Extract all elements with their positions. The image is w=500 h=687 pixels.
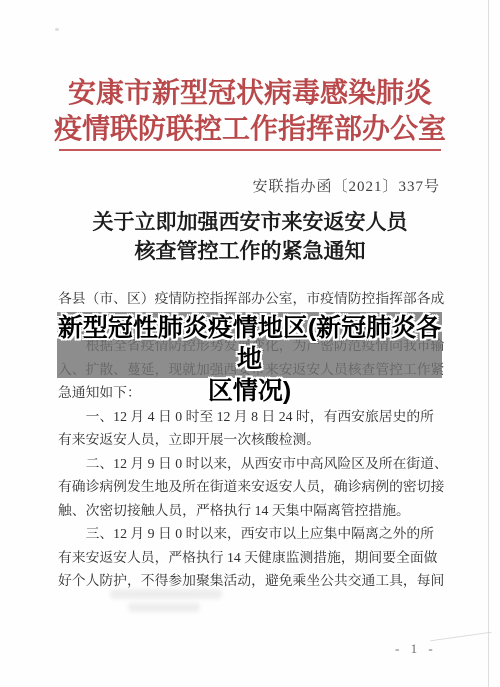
scan-page-edge	[488, 0, 489, 687]
scan-wrinkle-artifact	[430, 632, 492, 642]
body-line: 各县（市、区）疫情防控指挥部办公室，市疫情防控指挥部各成	[58, 287, 444, 311]
agency-letterhead-line2: 疫情联防联控工作指挥部办公室	[0, 112, 500, 148]
agency-letterhead-line1: 安康市新型冠状病毒感染肺炎	[0, 76, 500, 112]
caption-line1: 新型冠性肺炎疫情地区(新冠肺炎各地	[57, 313, 442, 375]
body-line: 一、12 月 4 日 0 时至 12 月 8 日 24 时，有西安旅居史的所	[58, 405, 444, 429]
body-line: 触、次密切接触人员，严格执行 14 天集中隔离管控措施。	[58, 499, 444, 523]
caption-line2: 区情况)	[57, 376, 442, 407]
caption-overlay-band: 新型冠性肺炎疫情地区(新冠肺炎各地 区情况)	[57, 312, 442, 378]
scan-speck-artifact	[55, 28, 59, 31]
ink-bleedthrough-artifact	[128, 603, 200, 612]
body-line: 二、12 月 9 日 0 时以来，从西安市中高风险区及所在街道、	[58, 452, 444, 476]
ink-bleedthrough-artifact	[110, 589, 222, 599]
body-line: 有确诊病例发生地及所在街道来安返安人员，确诊病例的密切接	[58, 475, 444, 499]
document-number: 安联指办函〔2021〕337号	[252, 175, 440, 196]
notice-title-line2: 核查管控工作的紧急通知	[0, 237, 500, 266]
notice-title: 关于立即加强西安市来安返安人员 核查管控工作的紧急通知	[0, 208, 500, 266]
letterhead-rule	[59, 149, 441, 151]
body-line: 有来安返安人员，立即开展一次核酸检测。	[58, 428, 444, 452]
body-line: 三、12 月 9 日 0 时以来，西安市以上应集中隔离之外的所	[58, 522, 444, 546]
notice-title-line1: 关于立即加强西安市来安返安人员	[0, 208, 500, 237]
agency-letterhead: 安康市新型冠状病毒感染肺炎 疫情联防联控工作指挥部办公室	[0, 76, 500, 148]
page-number: - 1 -	[395, 641, 437, 657]
body-line: 有来安返安人员，严格执行 14 天健康监测措施，期间要全面做	[58, 546, 444, 570]
scanned-document-page: 安康市新型冠状病毒感染肺炎 疫情联防联控工作指挥部办公室 安联指办函〔2021〕…	[0, 0, 500, 687]
